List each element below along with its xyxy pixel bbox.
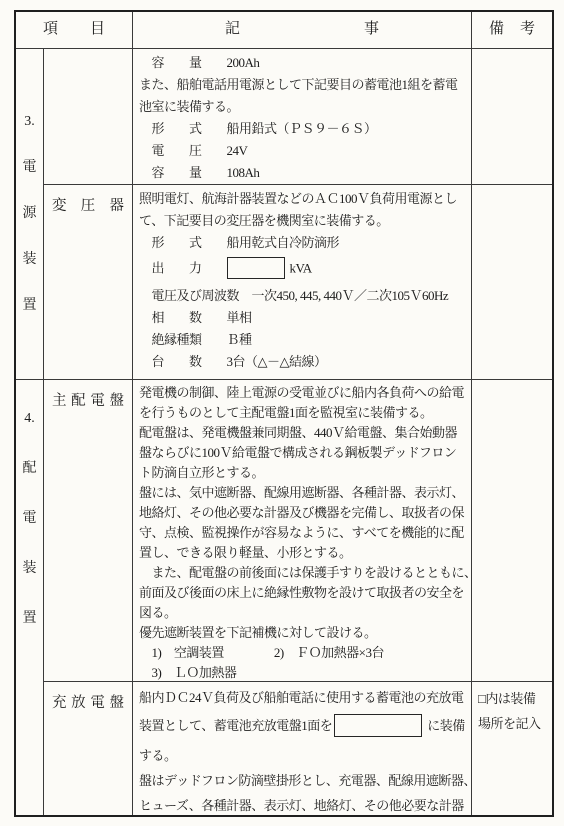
article-line: また、船舶電話用電源として下記要目の蓄電池1組を蓄電 [139, 74, 471, 96]
charge-discharge-article-cell: 船内ＤＣ24Ｖ負荷及び船舶電話に使用する蓄電池の充放電 装置として、蓄電池充放電… [133, 682, 472, 815]
remark-note: □内は装備場所を記入 [472, 682, 552, 815]
battery-article-cell: 容 量 200Ah また、船舶電話用電源として下記要目の蓄電池1組を蓄電 池室に… [133, 49, 472, 185]
article-line: て、下記要目の変圧器を機関室に装備する。 [139, 210, 471, 232]
article-line: 台 数 3台（△－△結線） [139, 351, 471, 373]
article-line: 容 量 200Ah [139, 52, 471, 74]
article-line: ヒューズ、各種計器、表示灯、地絡灯、その他必要な計器 [139, 793, 471, 815]
remark-cell [472, 185, 552, 380]
article-line: 発電機の制御、陸上電源の受電並びに船内各負荷への給電 [139, 383, 471, 403]
output-kva-blank-box [227, 257, 285, 279]
header-remarks-cell: 備考 [472, 12, 552, 49]
article-line: また、配電盤の前後面には保護手すりを設けるとともに、 [139, 563, 471, 583]
article-line: 照明電灯、航海計器装置などのＡＣ100Ｖ負荷用電源とし [139, 188, 471, 210]
install-after: に装備 [427, 718, 465, 733]
article-line: 地絡灯、その他必要な計器及び機器を完備し、取扱者の保 [139, 503, 471, 523]
article-line: 盤には、気中遮断器、配線用遮断器、各種計器、表示灯、 [139, 483, 471, 503]
install-location-line: 装置として、蓄電池充放電盤1面をに装備 [139, 713, 471, 740]
article-line: 船内ＤＣ24Ｖ負荷及び船舶電話に使用する蓄電池の充放電 [139, 685, 471, 710]
article-line: 形 式 船用乾式自冷防滴形 [139, 232, 471, 254]
article-line: 容 量 108Ah [139, 162, 471, 184]
article-line: 3) ＬＯ加熱器 [139, 663, 471, 682]
main-switchboard-article-cell: 発電機の制御、陸上電源の受電並びに船内各負荷への給電 を行うものとして主配電盤1… [133, 380, 472, 682]
subitem-transformer: 変圧器 [44, 185, 133, 380]
article-line: 置し、できる限り軽量、小形とする。 [139, 543, 471, 563]
install-before: 装置として、蓄電池充放電盤1面を [139, 718, 332, 733]
header-item-cell: 項目 [16, 12, 133, 49]
remark-cell [472, 49, 552, 185]
article-line: 電圧及び周波数 一次450, 445, 440Ｖ／二次105Ｖ60Hz [139, 285, 471, 307]
article-line: 優先遮断装置を下記補機に対して設ける。 [139, 623, 471, 643]
install-location-blank-box [334, 714, 422, 737]
transformer-article-cell: 照明電灯、航海計器装置などのＡＣ100Ｖ負荷用電源とし て、下記要目の変圧器を機… [133, 185, 472, 380]
section-4-number: 4. 配 電 装 置 [16, 380, 44, 815]
section-3-number: 3. 電 源 装 置 [16, 49, 44, 380]
article-line: 電 圧 24V [139, 140, 471, 162]
output-label: 出 力 [139, 260, 227, 275]
remark-cell [472, 380, 552, 682]
article-line: 配電盤は、発電機盤兼同期盤、440Ｖ給電盤、集合始動器 [139, 423, 471, 443]
article-line: 池室に装備する。 [139, 96, 471, 118]
article-line: する。 [139, 743, 471, 768]
article-line: 盤ならびに100Ｖ給電盤で構成される鋼板製デッドフロン [139, 443, 471, 463]
article-line: 守、点検、監視操作が容易なように、すべてを機能的に配 [139, 523, 471, 543]
header-article-cell: 記事 [133, 12, 472, 49]
article-line: 図る。 [139, 603, 471, 623]
article-line: 相 数 単相 [139, 307, 471, 329]
output-unit: kVA [290, 260, 312, 275]
article-line: 前面及び後面の床上に絶縁性敷物を設けて取扱者の安全を [139, 583, 471, 603]
output-line: 出 力 kVA [139, 257, 471, 282]
article-line: ト防滴自立形とする。 [139, 463, 471, 483]
spec-table: 項目 記事 備考 3. 電 源 装 置 容 量 200Ah また、船舶電話用電源… [14, 10, 554, 817]
article-line: 盤はデッドフロン防滴壁掛形とし、充電器、配線用遮断器、 [139, 768, 471, 793]
subitem-empty [44, 49, 133, 185]
article-line: 形 式 船用鉛式（ＰＳ９－６Ｓ） [139, 118, 471, 140]
subitem-main-switchboard: 主配電盤 [44, 380, 133, 682]
subitem-charge-discharge-board: 充放電盤 [44, 682, 133, 815]
article-line: を行うものとして主配電盤1面を監視室に装備する。 [139, 403, 471, 423]
article-line: 絶縁種類 Ｂ種 [139, 329, 471, 351]
article-line: 1) 空調装置 2) ＦＯ加熱器×3台 [139, 643, 471, 663]
